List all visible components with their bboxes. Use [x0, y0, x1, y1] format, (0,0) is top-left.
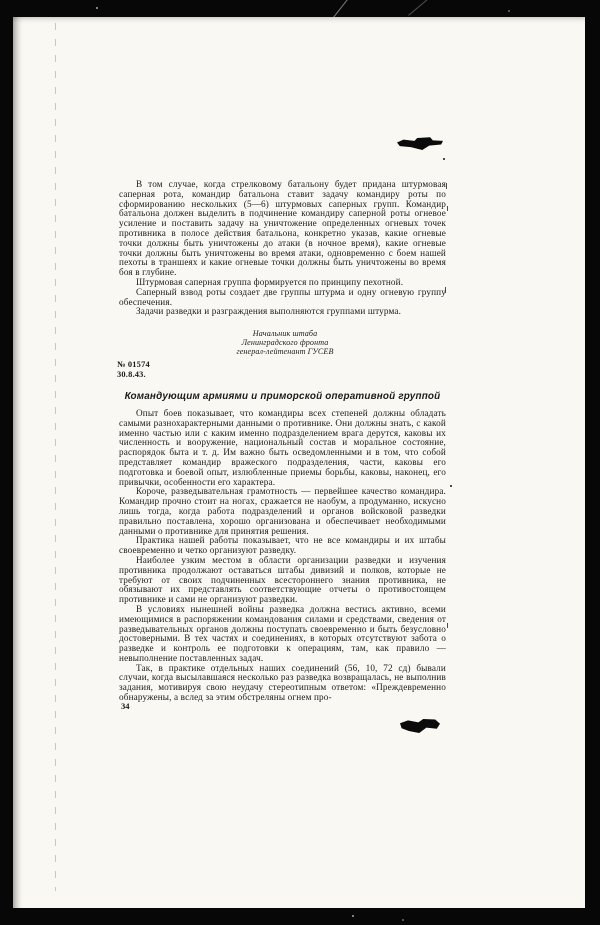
binding-crease — [55, 23, 56, 891]
directive-paragraph: Так, в практике отдельных наших соединен… — [119, 664, 446, 703]
directive-paragraph: Практика нашей работы показывает, что не… — [119, 536, 446, 556]
registry-block: № 01574 30.8.43. — [117, 360, 446, 379]
margin-speck — [443, 158, 445, 160]
margin-speck — [446, 183, 447, 189]
directive-paragraph: В условиях нынешней войны разведка должн… — [119, 605, 446, 664]
scan-dust-speck — [352, 915, 354, 917]
directive-paragraph: Короче, разведывательная грамотность — п… — [119, 487, 446, 536]
signature-name: генерал-лейтенант ГУСЕВ — [175, 347, 395, 356]
scan-background: В том случае, когда стрелковому батальон… — [0, 0, 600, 925]
directive-heading: Командующим армиями и приморской операти… — [119, 391, 446, 402]
scan-dust-speck — [402, 919, 404, 921]
page-content: В том случае, когда стрелковому батальон… — [119, 180, 446, 703]
scan-dust-speck — [508, 10, 510, 12]
directive-paragraph: Наиболее узким местом в области организа… — [119, 556, 446, 605]
scan-dust-speck — [96, 7, 98, 9]
margin-speck — [447, 206, 448, 211]
ink-blot-middle — [400, 719, 440, 733]
scan-scratch — [408, 0, 429, 16]
order-paragraph: Задачи разведки и разграждения выполняют… — [119, 307, 446, 317]
margin-speck — [447, 623, 448, 628]
order-paragraph: Саперный взвод роты создает две группы ш… — [119, 288, 446, 308]
signature-unit: Ленинградского фронта — [175, 338, 395, 347]
directive-paragraph: Опыт боев показывает, что командиры всех… — [119, 409, 446, 487]
order-paragraph: В том случае, когда стрелковому батальон… — [119, 180, 446, 278]
margin-speck — [450, 485, 452, 487]
signature-role: Начальник штаба — [175, 329, 395, 338]
signature-block: Начальник штаба Ленинградского фронта ге… — [175, 329, 395, 356]
registry-date: 30.8.43. — [117, 370, 446, 379]
page-number: 34 — [121, 701, 130, 711]
document-page: В том случае, когда стрелковому батальон… — [13, 17, 585, 908]
ink-blot-top — [397, 137, 443, 150]
registry-number: № 01574 — [117, 360, 446, 369]
